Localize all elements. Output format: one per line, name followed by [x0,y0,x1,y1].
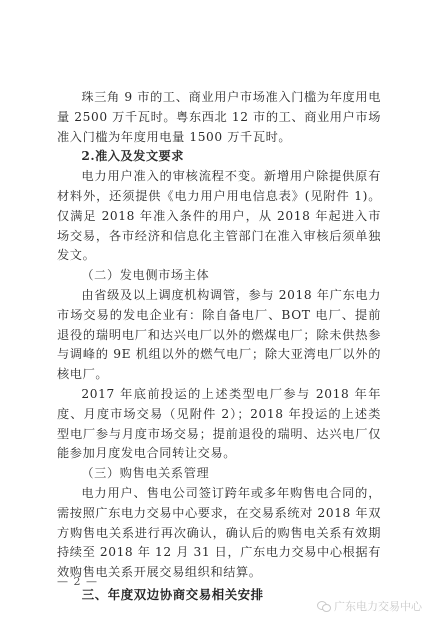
watermark: 广东电力交易中心 [317,598,422,614]
wechat-icon [317,600,331,612]
page-number: — 2 — [57,575,98,588]
paragraph-generation-companies: 由省级及以上调度机构调管，参与 2018 年广东电力市场交易的发电企业有：除自备… [57,286,381,385]
document-page: 珠三角 9 市的工、商业用户市场准入门槛为年度用电量 2500 万千瓦时。粤东西… [57,88,381,605]
paragraph-plant-participation: 2017 年底前投运的上述类型电厂参与 2018 年年度、月度市场交易（见附件 … [57,385,381,464]
watermark-text: 广东电力交易中心 [334,598,422,614]
heading-generation-side: （二）发电侧市场主体 [57,266,381,286]
paragraph-market-threshold: 珠三角 9 市的工、商业用户市场准入门槛为年度用电量 2500 万千瓦时。粤东西… [57,88,381,147]
paragraph-relation-confirmation: 电力用户、售电公司签订跨年或多年购售电合同的，需按照广东电力交易中心要求，在交易… [57,484,381,583]
heading-access-requirements: 2.准入及发文要求 [57,147,381,167]
heading-purchase-sale-relations: （三）购售电关系管理 [57,464,381,484]
paragraph-access-process: 电力用户准入的审核流程不变。新增用户除提供原有材料外，还须提供《电力用户用电信息… [57,167,381,266]
